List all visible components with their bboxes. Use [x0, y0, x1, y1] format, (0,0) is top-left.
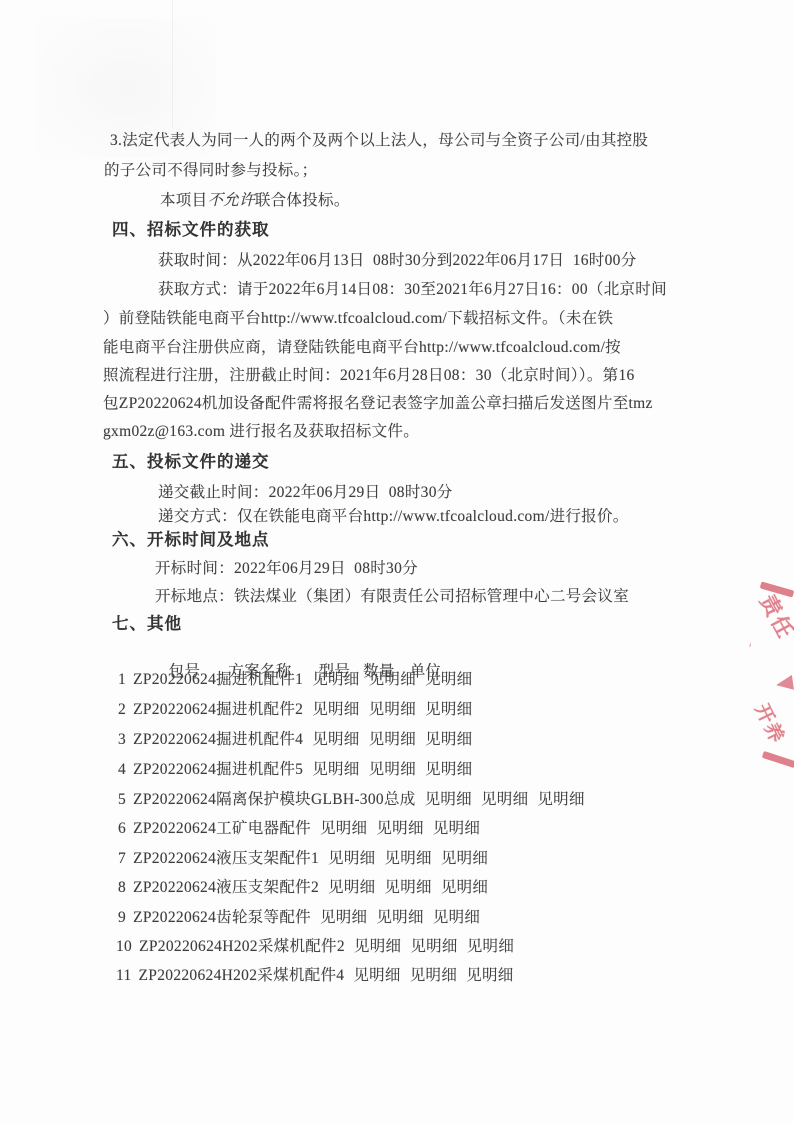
row-no: 1 — [118, 670, 126, 690]
consortium-line: 本项目不允许联合体投标。 — [160, 191, 350, 211]
row-unit: 见明细 — [537, 791, 584, 808]
row-qty: 见明细 — [410, 966, 457, 986]
row-qty: 见明细 — [384, 878, 431, 898]
row-no: 4 — [118, 760, 126, 780]
stamp-text: 责任 — [753, 589, 794, 645]
row-name: ZP20220624掘进机配件1 — [133, 670, 303, 690]
row-no: 5 — [118, 790, 126, 810]
red-stamp-fragment-bottom: 开养 — [746, 698, 794, 770]
row-name: ZP20220624液压支架配件1 — [133, 849, 319, 869]
section4-heading: 四、招标文件的获取 — [112, 220, 270, 240]
row-qty: 见明细 — [369, 700, 416, 720]
row-no: 7 — [118, 849, 126, 869]
row-model: 见明细 — [353, 966, 400, 986]
row-qty: 见明细 — [410, 937, 457, 957]
table-row: 9ZP20220624齿轮泵等配件见明细见明细见明细 — [118, 908, 480, 928]
red-stamp-fragment-top: 责任 、 — [748, 584, 794, 664]
row-name: ZP20220624液压支架配件2 — [133, 878, 319, 898]
stamp-text: 开养 — [750, 699, 793, 749]
row-no: 11 — [116, 966, 132, 986]
stamp-border-arc — [762, 751, 794, 768]
row-model: 见明细 — [328, 849, 375, 869]
row-qty: 见明细 — [376, 819, 423, 839]
row-unit: 见明细 — [441, 879, 488, 896]
stamp-triangle-fragment — [775, 675, 794, 692]
table-row: 6ZP20220624工矿电器配件见明细见明细见明细 — [118, 819, 480, 839]
stamp-border-arc — [760, 581, 794, 597]
s4-acquire-method-3: 能电商平台注册供应商，请登陆铁能电商平台http://www.tfcoalclo… — [103, 338, 621, 358]
row-qty: 见明细 — [369, 760, 416, 780]
row-no: 10 — [116, 937, 132, 957]
table-row: 2ZP20220624掘进机配件2见明细见明细见明细 — [118, 700, 472, 720]
row-model: 见明细 — [320, 819, 367, 839]
row-name: ZP20220624隔离保护模块GLBH-300总成 — [133, 790, 416, 810]
row-model: 见明细 — [312, 730, 359, 750]
section7-heading: 七、其他 — [112, 614, 182, 634]
row-unit: 见明细 — [425, 761, 472, 778]
table-row: 1ZP20220624掘进机配件1见明细见明细见明细 — [118, 670, 472, 690]
row-name: ZP20220624H202采煤机配件4 — [139, 966, 345, 986]
s5-deadline: 递交截止时间：2022年06月29日 08时30分 — [158, 483, 453, 503]
row-name: ZP20220624掘进机配件2 — [133, 700, 303, 720]
consortium-post: 联合体投标。 — [255, 192, 350, 209]
table-row: 8ZP20220624液压支架配件2见明细见明细见明细 — [118, 878, 488, 898]
row-name: ZP20220624工矿电器配件 — [133, 819, 311, 839]
row-name: ZP20220624掘进机配件4 — [133, 730, 303, 750]
row-unit: 见明细 — [433, 820, 480, 837]
row-no: 9 — [118, 908, 126, 928]
section5-heading: 五、投标文件的递交 — [112, 452, 270, 472]
s6-open-time: 开标时间：2022年06月29日 08时30分 — [155, 559, 418, 579]
table-row: 7ZP20220624液压支架配件1见明细见明细见明细 — [118, 849, 488, 869]
row-no: 8 — [118, 878, 126, 898]
row-model: 见明细 — [328, 878, 375, 898]
clause3-line2: 的子公司不得同时参与投标。； — [104, 161, 317, 181]
row-model: 见明细 — [312, 670, 359, 690]
row-no: 2 — [118, 700, 126, 720]
section6-heading: 六、开标时间及地点 — [112, 530, 270, 550]
table-row: 11ZP20220624H202采煤机配件4见明细见明细见明细 — [116, 966, 514, 986]
row-unit: 见明细 — [425, 671, 472, 688]
s4-acquire-time: 获取时间：从2022年06月13日 08时30分到2022年06月17日 16时… — [158, 251, 637, 271]
clause3-line1: 3.法定代表人为同一人的两个及两个以上法人，母公司与全资子公司/由其控股 — [110, 131, 648, 151]
row-unit: 见明细 — [441, 850, 488, 867]
table-row: 10ZP20220624H202采煤机配件2见明细见明细见明细 — [116, 937, 514, 957]
row-model: 见明细 — [354, 937, 401, 957]
table-row: 3ZP20220624掘进机配件4见明细见明细见明细 — [118, 730, 472, 750]
row-unit: 见明细 — [467, 938, 514, 955]
s4-acquire-method-4: 照流程进行注册，注册截止时间：2021年6月28日08：30（北京时间））。第1… — [103, 366, 635, 386]
s6-open-place: 开标地点：铁法煤业（集团）有限责任公司招标管理中心二号会议室 — [155, 587, 629, 607]
row-qty: 见明细 — [384, 849, 431, 869]
row-name: ZP20220624H202采煤机配件2 — [139, 937, 345, 957]
s5-method: 递交方式：仅在铁能电商平台http://www.tfcoalcloud.com/… — [158, 507, 629, 527]
consortium-emphasis: 不允许 — [207, 192, 254, 209]
row-unit: 见明细 — [466, 967, 513, 984]
row-model: 见明细 — [425, 790, 472, 810]
row-model: 见明细 — [312, 760, 359, 780]
s4-acquire-method-6: gxm02z@163.com 进行报名及获取招标文件。 — [103, 422, 419, 442]
row-model: 见明细 — [312, 700, 359, 720]
s4-acquire-method-5: 包ZP20220624机加设备配件需将报名登记表签字加盖公章扫描后发送图片至tm… — [103, 394, 653, 414]
stamp-stroke: 、 — [745, 635, 768, 657]
row-qty: 见明细 — [369, 670, 416, 690]
row-no: 3 — [118, 730, 126, 750]
s4-acquire-method-1: 获取方式：请于2022年6月14日08：30至2021年6月27日16：00（北… — [158, 280, 667, 300]
row-unit: 见明细 — [425, 731, 472, 748]
scanned-document-page: 3.法定代表人为同一人的两个及两个以上法人，母公司与全资子公司/由其控股 的子公… — [0, 0, 794, 1123]
s4-acquire-method-2: ）前登陆铁能电商平台http://www.tfcoalcloud.com/下载招… — [103, 309, 613, 329]
row-no: 6 — [118, 819, 126, 839]
consortium-pre: 本项目 — [160, 192, 207, 209]
row-qty: 见明细 — [376, 908, 423, 928]
table-row: 4ZP20220624掘进机配件5见明细见明细见明细 — [118, 760, 472, 780]
row-qty: 见明细 — [369, 730, 416, 750]
row-name: ZP20220624齿轮泵等配件 — [133, 908, 311, 928]
row-unit: 见明细 — [425, 701, 472, 718]
row-unit: 见明细 — [433, 909, 480, 926]
table-row: 5ZP20220624隔离保护模块GLBH-300总成见明细见明细见明细 — [118, 790, 585, 810]
row-qty: 见明细 — [481, 790, 528, 810]
row-model: 见明细 — [320, 908, 367, 928]
row-name: ZP20220624掘进机配件5 — [133, 760, 303, 780]
